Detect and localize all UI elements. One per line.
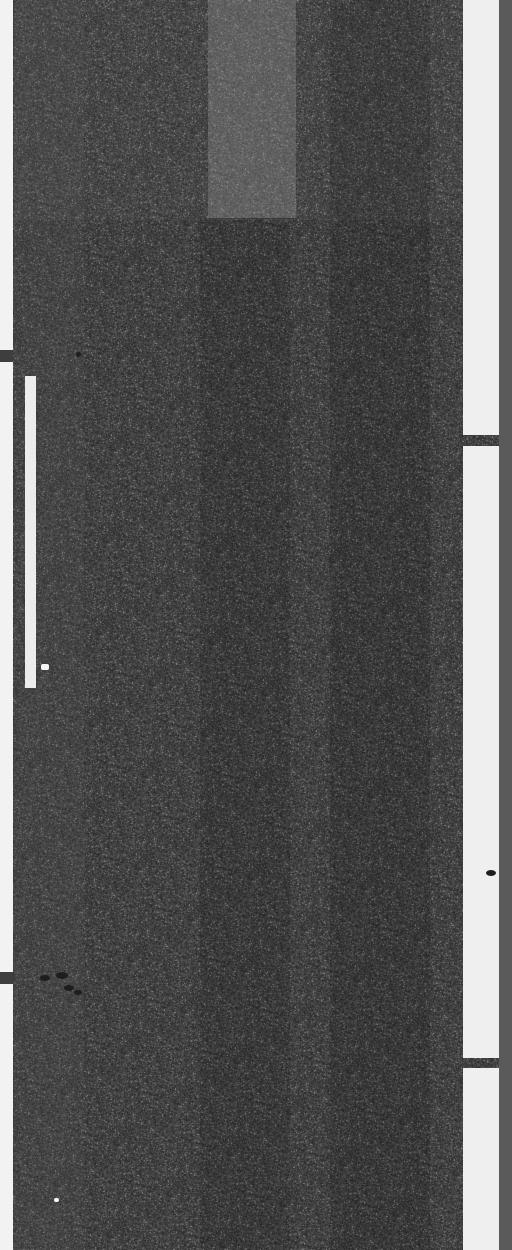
right-edge-marking [463, 1068, 499, 1250]
asphalt-wear-band [200, 220, 290, 1250]
oil-stain [64, 985, 74, 991]
right-edge-marking [463, 0, 499, 435]
road-shoulder [499, 0, 512, 1250]
asphalt-wear-band [330, 0, 430, 1250]
marking-gap [0, 350, 13, 362]
oil-stain [40, 975, 50, 981]
debris [41, 664, 49, 670]
oil-stain [76, 352, 81, 357]
lane-dash-marking [25, 376, 36, 688]
left-edge-marking [0, 0, 13, 350]
oil-stain [486, 870, 496, 876]
road-surface [0, 0, 512, 1250]
resurfaced-patch [208, 0, 296, 219]
oil-stain [74, 990, 82, 995]
marking-gap [0, 972, 13, 984]
left-edge-marking [0, 984, 13, 1250]
left-edge-marking [0, 362, 13, 972]
oil-stain [56, 972, 68, 979]
right-edge-marking [463, 446, 499, 1058]
debris [54, 1198, 59, 1202]
